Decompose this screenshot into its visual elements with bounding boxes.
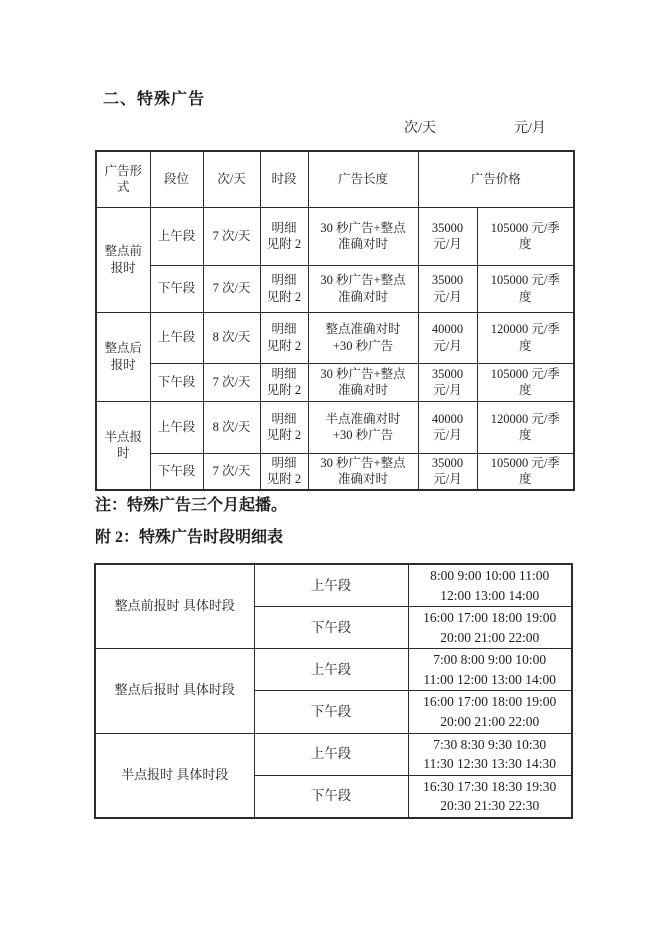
frequency-cell: 7 次/天 <box>203 363 260 401</box>
ad-length-cell: 30 秒广告+整点 准确对时 <box>308 207 418 265</box>
schedule-ref-cell: 明细 见附 2 <box>260 363 308 401</box>
schedule-ref-cell: 明细 见附 2 <box>260 453 308 490</box>
schedule-slot-cell: 下午段 <box>254 607 408 649</box>
ad-form-cell: 整点前报时 <box>96 207 150 312</box>
note-text: 注：特殊广告三个月起播。 <box>95 492 287 515</box>
frequency-cell: 7 次/天 <box>203 453 260 490</box>
quarterly-price-cell: 120000 元/季 度 <box>477 312 574 363</box>
schedule-times-cell: 7:30 8:30 9:30 10:30 11:30 12:30 13:30 1… <box>408 733 572 775</box>
schedule-ref-cell: 明细 见附 2 <box>260 265 308 312</box>
monthly-price-cell: 35000 元/月 <box>418 265 477 312</box>
schedule-times-cell: 16:30 17:30 18:30 19:30 20:30 21:30 22:3… <box>408 775 572 818</box>
slot-cell: 下午段 <box>150 265 203 312</box>
quarterly-price-cell: 105000 元/季 度 <box>477 207 574 265</box>
monthly-price-cell: 35000 元/月 <box>418 363 477 401</box>
schedule-slot-cell: 上午段 <box>254 649 408 691</box>
monthly-price-cell: 40000 元/月 <box>418 401 477 453</box>
price-table-header-row: 广告形式 段位 次/天 时段 广告长度 广告价格 <box>96 151 574 207</box>
quarterly-price-cell: 105000 元/季 度 <box>477 265 574 312</box>
header-schedule: 时段 <box>260 151 308 207</box>
schedule-times-cell: 8:00 9:00 10:00 11:00 12:00 13:00 14:00 <box>408 564 572 607</box>
schedule-ref-cell: 明细 见附 2 <box>260 401 308 453</box>
schedule-group-label-cell: 半点报时 具体时段 <box>95 733 254 818</box>
document-page: 二、特殊广告 次/天 元/月 广告形式 段位 次/天 时段 广告长度 广告价格 … <box>0 0 667 943</box>
monthly-price-cell: 40000 元/月 <box>418 312 477 363</box>
ad-length-cell: 半点准确对时 +30 秒广告 <box>308 401 418 453</box>
schedule-slot-cell: 下午段 <box>254 691 408 733</box>
slot-cell: 上午段 <box>150 401 203 453</box>
schedule-ref-cell: 明细 见附 2 <box>260 312 308 363</box>
header-ad-form: 广告形式 <box>96 151 150 207</box>
slot-cell: 上午段 <box>150 312 203 363</box>
table-row: 下午段 7 次/天 明细 见附 2 30 秒广告+整点 准确对时 35000 元… <box>96 265 574 312</box>
schedule-group-label-cell: 整点前报时 具体时段 <box>95 564 254 649</box>
schedule-slot-cell: 下午段 <box>254 775 408 818</box>
schedule-times-cell: 16:00 17:00 18:00 19:00 20:00 21:00 22:0… <box>408 607 572 649</box>
header-length: 广告长度 <box>308 151 418 207</box>
ad-length-cell: 30 秒广告+整点 准确对时 <box>308 363 418 401</box>
table-row: 整点后报时 具体时段 上午段 7:00 8:00 9:00 10:00 11:0… <box>95 649 572 691</box>
unit-label-times-per-day: 次/天 <box>404 117 436 137</box>
schedule-slot-cell: 上午段 <box>254 564 408 607</box>
frequency-cell: 7 次/天 <box>203 265 260 312</box>
header-price: 广告价格 <box>418 151 574 207</box>
time-slot-detail-table: 整点前报时 具体时段 上午段 8:00 9:00 10:00 11:00 12:… <box>94 563 573 819</box>
ad-form-cell: 半点报时 <box>96 401 150 490</box>
slot-cell: 下午段 <box>150 453 203 490</box>
monthly-price-cell: 35000 元/月 <box>418 453 477 490</box>
slot-cell: 上午段 <box>150 207 203 265</box>
table-row: 整点前报时 具体时段 上午段 8:00 9:00 10:00 11:00 12:… <box>95 564 572 607</box>
appendix-title: 附 2：特殊广告时段明细表 <box>95 524 283 547</box>
table-row: 下午段 7 次/天 明细 见附 2 30 秒广告+整点 准确对时 35000 元… <box>96 453 574 490</box>
table-row: 整点前报时 上午段 7 次/天 明细 见附 2 30 秒广告+整点 准确对时 3… <box>96 207 574 265</box>
ad-length-cell: 30 秒广告+整点 准确对时 <box>308 453 418 490</box>
schedule-times-cell: 7:00 8:00 9:00 10:00 11:00 12:00 13:00 1… <box>408 649 572 691</box>
schedule-times-cell: 16:00 17:00 18:00 19:00 20:00 21:00 22:0… <box>408 691 572 733</box>
slot-cell: 下午段 <box>150 363 203 401</box>
frequency-cell: 7 次/天 <box>203 207 260 265</box>
schedule-ref-cell: 明细 见附 2 <box>260 207 308 265</box>
ad-form-cell: 整点后报时 <box>96 312 150 401</box>
unit-label-yuan-per-month: 元/月 <box>514 117 546 137</box>
frequency-cell: 8 次/天 <box>203 312 260 363</box>
ad-length-cell: 整点准确对时 +30 秒广告 <box>308 312 418 363</box>
table-row: 整点后报时 上午段 8 次/天 明细 见附 2 整点准确对时 +30 秒广告 4… <box>96 312 574 363</box>
quarterly-price-cell: 105000 元/季 度 <box>477 363 574 401</box>
table-row: 半点报时 具体时段 上午段 7:30 8:30 9:30 10:30 11:30… <box>95 733 572 775</box>
special-ad-price-table: 广告形式 段位 次/天 时段 广告长度 广告价格 整点前报时 上午段 7 次/天… <box>95 150 575 491</box>
section-title: 二、特殊广告 <box>103 86 205 109</box>
table-row: 下午段 7 次/天 明细 见附 2 30 秒广告+整点 准确对时 35000 元… <box>96 363 574 401</box>
table-row: 半点报时 上午段 8 次/天 明细 见附 2 半点准确对时 +30 秒广告 40… <box>96 401 574 453</box>
quarterly-price-cell: 105000 元/季 度 <box>477 453 574 490</box>
ad-length-cell: 30 秒广告+整点 准确对时 <box>308 265 418 312</box>
schedule-group-label-cell: 整点后报时 具体时段 <box>95 649 254 733</box>
schedule-slot-cell: 上午段 <box>254 733 408 775</box>
monthly-price-cell: 35000 元/月 <box>418 207 477 265</box>
header-frequency: 次/天 <box>203 151 260 207</box>
quarterly-price-cell: 120000 元/季 度 <box>477 401 574 453</box>
frequency-cell: 8 次/天 <box>203 401 260 453</box>
header-slot: 段位 <box>150 151 203 207</box>
